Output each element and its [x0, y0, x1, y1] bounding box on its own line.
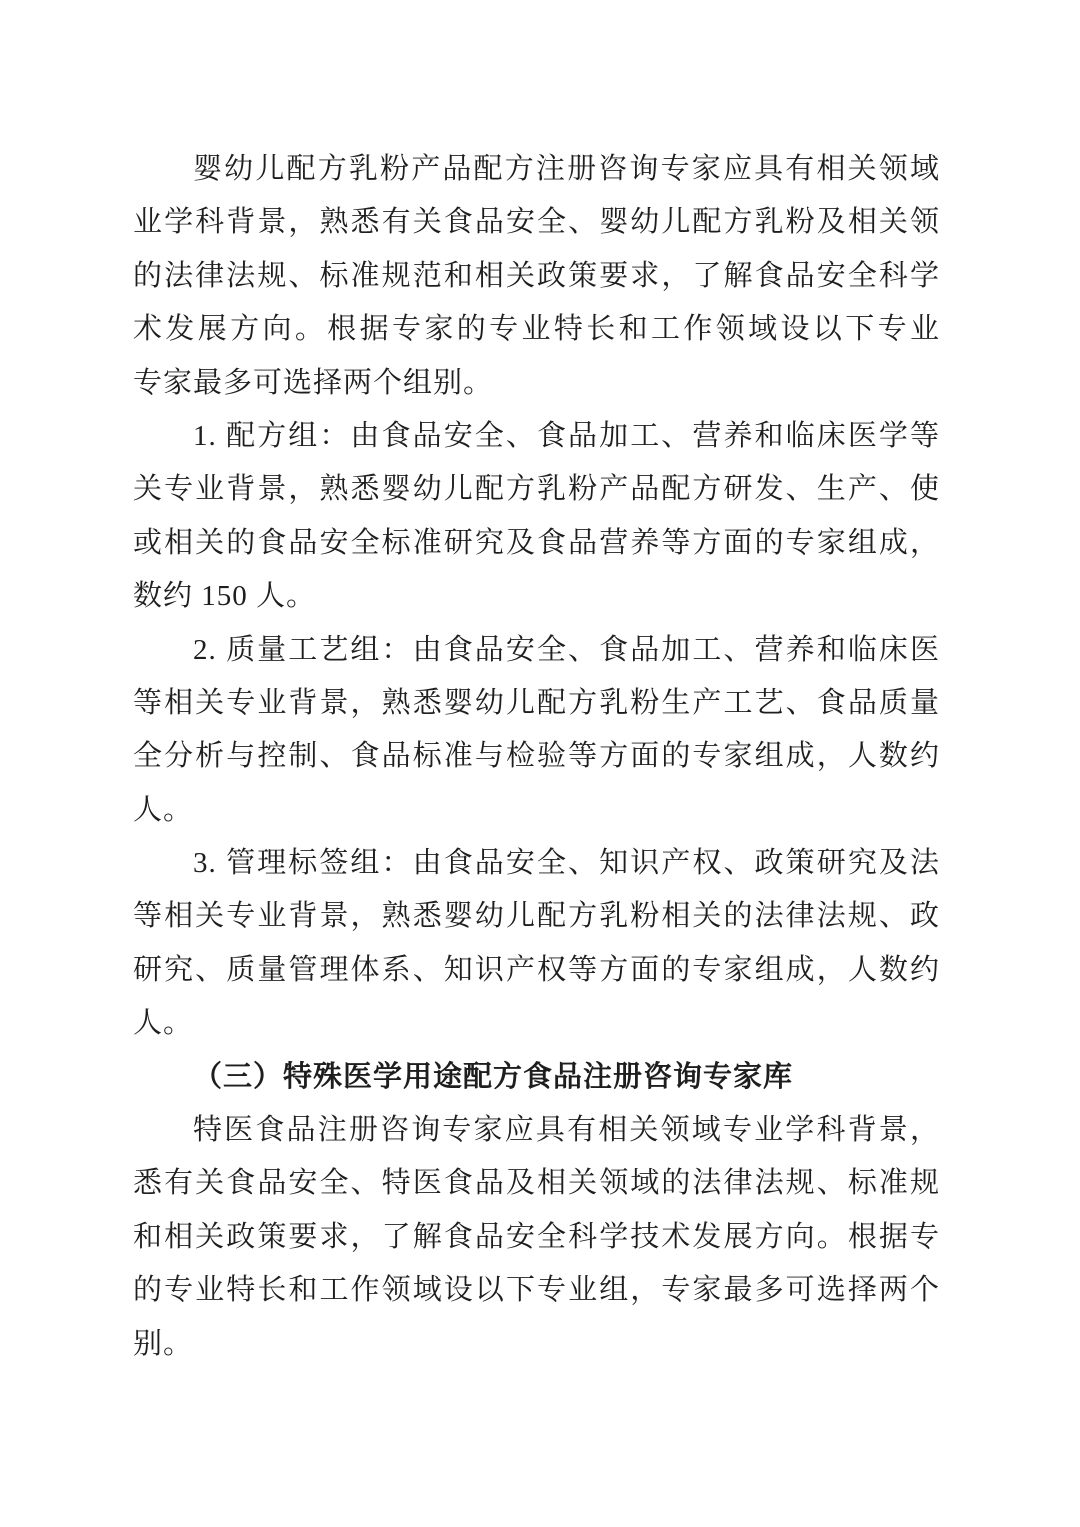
document-line: 悉有关食品安全、特医食品及相关领域的法律法规、标准规范 — [133, 1157, 940, 1210]
document-line: 业学科背景，熟悉有关食品安全、婴幼儿配方乳粉及相关领域 — [133, 196, 940, 249]
document-line: 和相关政策要求，了解食品安全科学技术发展方向。根据专家 — [133, 1211, 940, 1264]
document-line: 婴幼儿配方乳粉产品配方注册咨询专家应具有相关领域专 — [133, 143, 940, 196]
document-line: 2. 质量工艺组：由食品安全、食品加工、营养和临床医学 — [133, 624, 940, 677]
document-page: 婴幼儿配方乳粉产品配方注册咨询专家应具有相关领域专业学科背景，熟悉有关食品安全、… — [0, 0, 1080, 1527]
document-line: 术发展方向。根据专家的专业特长和工作领域设以下专业组， — [133, 303, 940, 356]
document-line: 3. 管理标签组：由食品安全、知识产权、政策研究及法律 — [133, 837, 940, 890]
document-line: 人。 — [133, 784, 940, 837]
document-line: 等相关专业背景，熟悉婴幼儿配方乳粉相关的法律法规、政策 — [133, 890, 940, 943]
document-line: 等相关专业背景，熟悉婴幼儿配方乳粉生产工艺、食品质量安 — [133, 677, 940, 730]
document-line: 的法律法规、标准规范和相关政策要求，了解食品安全科学技 — [133, 250, 940, 303]
document-line: 特医食品注册咨询专家应具有相关领域专业学科背景，熟 — [133, 1104, 940, 1157]
document-line: 研究、质量管理体系、知识产权等方面的专家组成，人数约 100 — [133, 944, 940, 997]
document-line: 或相关的食品安全标准研究及食品营养等方面的专家组成，人 — [133, 517, 940, 570]
document-body: 婴幼儿配方乳粉产品配方注册咨询专家应具有相关领域专业学科背景，熟悉有关食品安全、… — [133, 143, 940, 1371]
document-line: 1. 配方组：由食品安全、食品加工、营养和临床医学等相 — [133, 410, 940, 463]
document-line: 的专业特长和工作领域设以下专业组，专家最多可选择两个组 — [133, 1264, 940, 1317]
document-line: 全分析与控制、食品标准与检验等方面的专家组成，人数约 150 — [133, 730, 940, 783]
document-line: 人。 — [133, 997, 940, 1050]
document-line: 关专业背景，熟悉婴幼儿配方乳粉产品配方研发、生产、使用 — [133, 463, 940, 516]
section-heading: （三）特殊医学用途配方食品注册咨询专家库 — [133, 1051, 940, 1104]
document-line: 别。 — [133, 1318, 940, 1371]
document-line: 专家最多可选择两个组别。 — [133, 357, 940, 410]
document-line: 数约 150 人。 — [133, 570, 940, 623]
